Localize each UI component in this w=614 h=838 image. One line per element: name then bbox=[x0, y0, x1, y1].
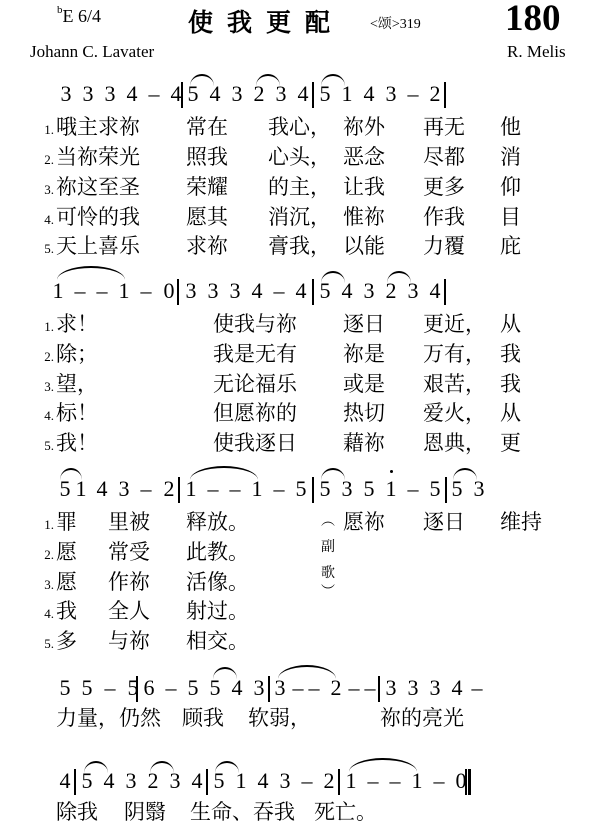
notation-line-1: 3334–4 543234 5143–2 bbox=[0, 80, 614, 108]
notation-line-3: 5143–2 1––1–5 5351–5 53 bbox=[0, 475, 614, 503]
high-octave-dot bbox=[390, 470, 393, 473]
key-signature: bE 6/4 bbox=[57, 6, 101, 27]
slur bbox=[387, 271, 411, 283]
lyricist: Johann C. Lavater bbox=[30, 42, 154, 62]
hymn-reference: <颂>319 bbox=[370, 13, 421, 33]
slur bbox=[60, 468, 82, 480]
notation-line-5: 4 543234 5143–2 1––1–0 bbox=[0, 767, 614, 795]
slur bbox=[321, 468, 345, 480]
slur bbox=[150, 761, 174, 773]
notation-line-4: 55–5 6–5543 3––2–– 3334– bbox=[0, 674, 614, 702]
tie bbox=[57, 266, 125, 280]
slur bbox=[453, 468, 477, 480]
notation-line-2: 1––1–0 3334–4 543234 bbox=[0, 277, 614, 305]
tie bbox=[349, 758, 417, 772]
hymn-number: 180 bbox=[505, 0, 561, 40]
slur bbox=[190, 74, 214, 86]
tie bbox=[278, 665, 336, 679]
hymn-title: 使我更配 bbox=[188, 3, 344, 39]
slur bbox=[215, 761, 239, 773]
tie bbox=[190, 466, 258, 480]
slur bbox=[84, 761, 108, 773]
chorus-label: ︵ 副 歌 ︶ bbox=[321, 508, 337, 598]
final-barline bbox=[465, 769, 471, 795]
slur bbox=[321, 74, 345, 86]
composer: R. Melis bbox=[507, 42, 566, 62]
slur bbox=[213, 667, 237, 679]
slur bbox=[256, 74, 280, 86]
slur bbox=[321, 271, 345, 283]
